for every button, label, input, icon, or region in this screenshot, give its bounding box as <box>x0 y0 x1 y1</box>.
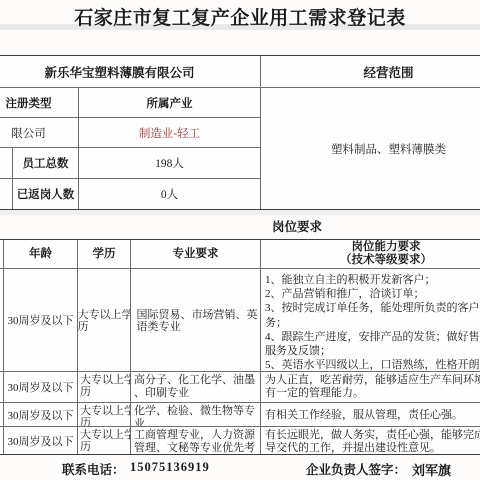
job-row-major: 高分子、化工化学、油墨 、印刷专业 <box>131 372 261 403</box>
job-row-education: 大专以上学 历 <box>78 269 131 372</box>
job-row-major: 国际贸易、市场营销、英 语类专业 <box>131 269 261 372</box>
registration-type-label: 注册类型 <box>0 88 79 118</box>
registration-type-value: 限公司 <box>0 118 79 148</box>
phone-label: 联系电话： <box>62 460 125 478</box>
job-row-major: 工商管理专业，人力资源 管理、文秘等专业优先考 <box>131 427 261 454</box>
column-header-education: 学历 <box>78 240 131 269</box>
empty-strip-cell <box>0 148 13 179</box>
signer-label: 企业负责人签字： <box>306 460 406 478</box>
job-requirements-section-title: 岗位要求 <box>272 217 322 235</box>
footer-signature-line: 联系电话： 15075136919 企业负责人签字： 刘军旗 <box>0 460 480 480</box>
job-row-age: 30周岁及以下 <box>4 427 78 454</box>
job-row-age: 30周岁及以下 <box>4 403 78 427</box>
form-title: 石家庄市复工复产企业用工需求登记表 <box>0 3 480 30</box>
job-row-education: 大专以上学 历 <box>78 372 131 403</box>
company-info-table: 新乐华宝塑料薄膜有限公司 经营范围 注册类型 所属产业 限公司 制造业-轻工 员… <box>0 55 480 210</box>
staff-total-value: 198人 <box>79 148 261 179</box>
scan-artifact-band <box>0 210 480 215</box>
job-row-education: 大专以上学 历 <box>78 403 131 427</box>
returned-staff-label: 已返岗人数 <box>13 179 79 209</box>
column-header-ability: 岗位能力要求 （技术等级要求） <box>261 240 480 269</box>
job-row-age: 30周岁及以下 <box>4 372 78 403</box>
job-row-education: 大专以上学 历 <box>78 427 131 454</box>
job-row-ability: 有相关工作经验，服从管理，责任心强。 <box>261 403 480 427</box>
industry-value: 制造业-轻工 <box>79 118 261 148</box>
job-row-ability: 1、能独立自主的积极开发新客户； 2、产品营销和推广，洽谈订单； 3、按时完成订… <box>261 269 480 372</box>
job-row-ability: 为人正直，吃苦耐劳，能够适应生产车间环境， 有一定的管理能力。 <box>261 372 480 403</box>
returned-staff-value: 0人 <box>79 179 261 209</box>
business-scope-header: 经营范围 <box>261 56 480 88</box>
business-scope-value: 塑料制品、塑料薄膜类 <box>261 88 480 209</box>
signer-name: 刘军旗 <box>412 460 451 479</box>
empty-strip-cell <box>0 179 13 209</box>
job-row-age: 30周岁及以下 <box>4 269 78 372</box>
company-name: 新乐华宝塑料薄膜有限公司 <box>0 56 261 88</box>
column-header-major: 专业要求 <box>131 240 261 269</box>
industry-label: 所属产业 <box>79 88 261 118</box>
job-requirements-table: 年龄 学历 专业要求 岗位能力要求 （技术等级要求） 30周岁及以下 大专以上学… <box>0 239 480 455</box>
job-row-ability: 有长远眼光，做人务实，责任心强，能够完成领 导交代的工作，并提出建设性意见。 <box>261 427 480 454</box>
phone-number: 15075136919 <box>130 460 210 475</box>
staff-total-label: 员工总数 <box>13 148 79 179</box>
column-header-age: 年龄 <box>4 240 78 269</box>
job-row-major: 化学、检验、微生物等专 业 <box>131 403 261 427</box>
